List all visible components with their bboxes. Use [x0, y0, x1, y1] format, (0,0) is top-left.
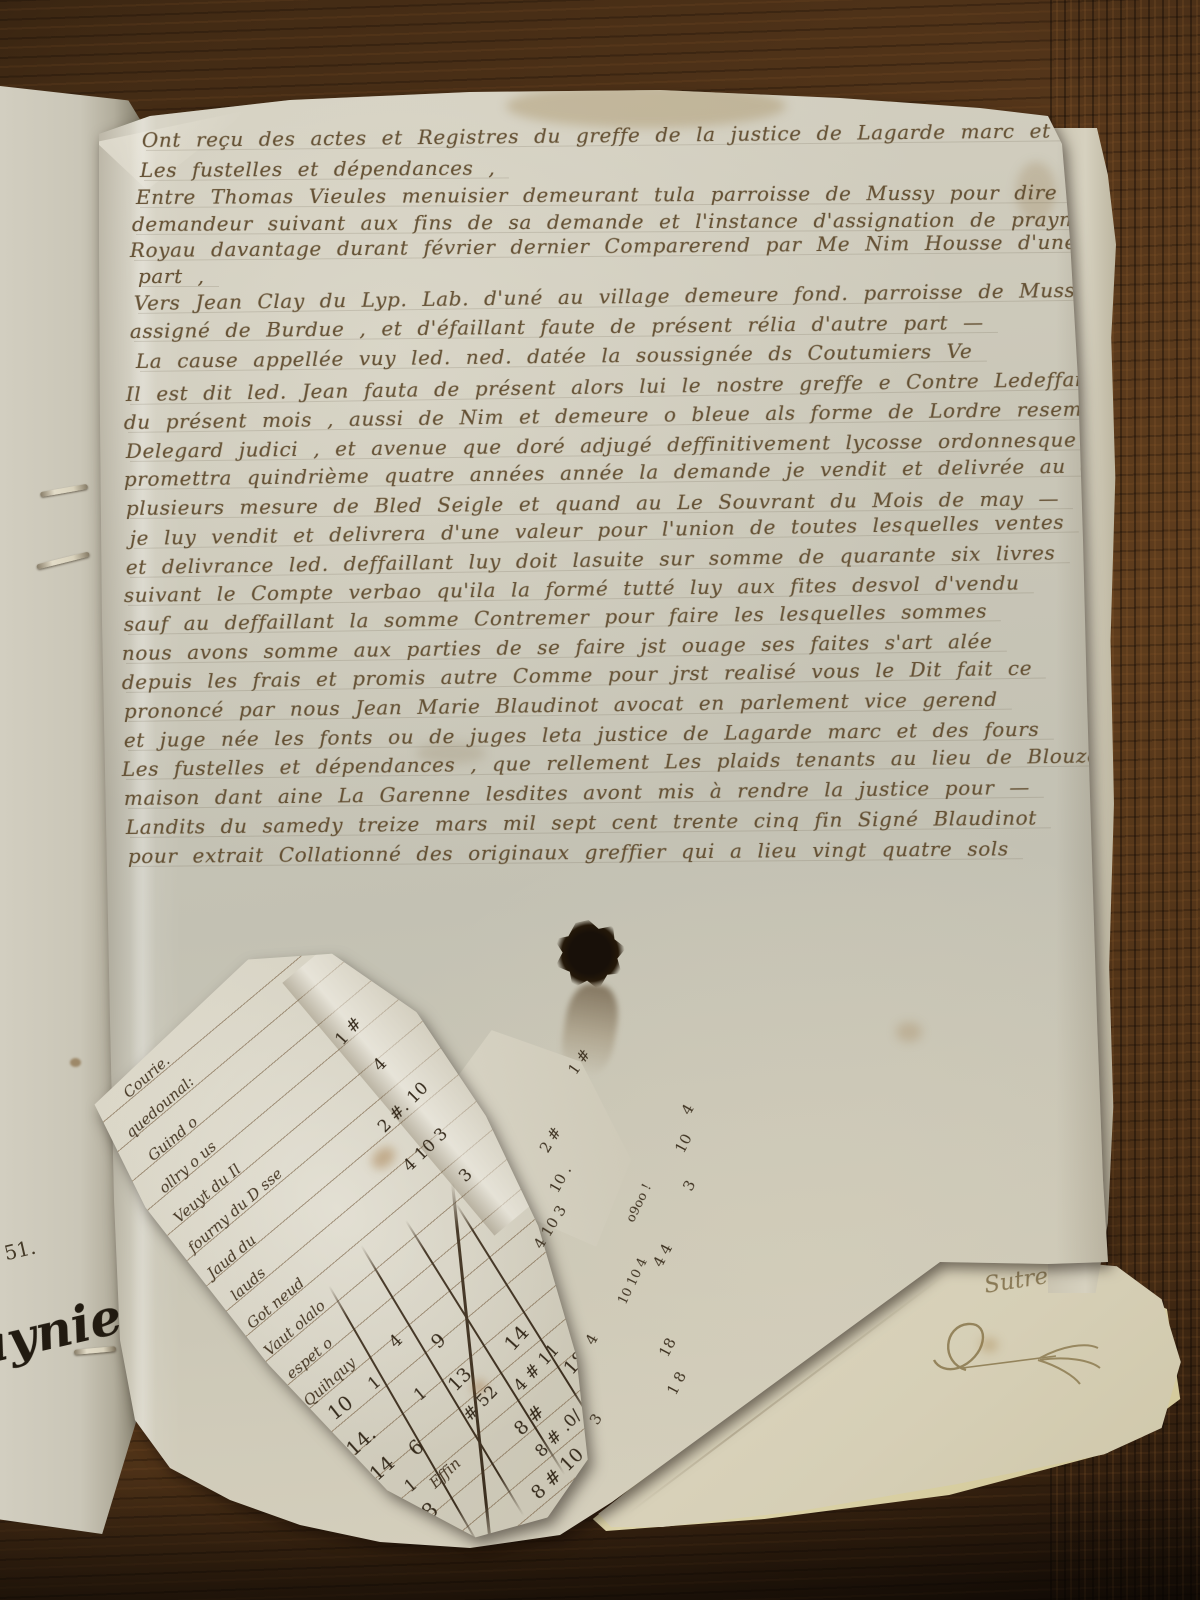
slip-number: 1	[401, 1475, 422, 1497]
edge-number: 4	[581, 1331, 601, 1348]
slip-edge-numbers: 1 #4102 #10 .3o9oo !4 44 10 310 10 44181…	[545, 1030, 755, 1470]
slip-number: 14	[364, 1451, 399, 1486]
table-rule	[328, 1285, 480, 1546]
slip-word: lauds	[227, 1264, 270, 1304]
edge-number: 1 #	[564, 1046, 594, 1078]
manuscript-line: Les fustelles et dépendances ,	[140, 156, 496, 182]
slip-number: 9	[427, 1329, 451, 1353]
slip-number: 6	[403, 1434, 429, 1460]
edge-number: 3	[586, 1410, 606, 1428]
slip-number: 10	[323, 1390, 358, 1425]
edge-number: 1 8	[663, 1368, 690, 1398]
slip-number: 28	[407, 1498, 443, 1534]
edge-number: o9oo !	[624, 1181, 656, 1225]
manuscript-line: Ont reçu des actes et Registres du greff…	[142, 117, 1200, 152]
slip-number: 4	[385, 1330, 407, 1352]
manuscript-line: maison dant aine La Garenne lesdites avo…	[124, 775, 1030, 810]
slip-number: 1	[410, 1383, 431, 1405]
manuscript-line: Landits du samedy treize mars mil sept c…	[126, 805, 1037, 839]
manuscript-line: part ,	[138, 264, 205, 288]
slip-number: 14	[499, 1320, 534, 1355]
manuscript-line: assigné de Burdue , et d'éfaillant faute…	[130, 310, 984, 343]
manuscript-line: La cause appellée vuy led. ned. datée la…	[136, 339, 973, 373]
manuscript-line: pour extrait Collationné des originaux g…	[128, 836, 1009, 868]
manuscript-photo-scene: Sutre 51. aynie Ont reçu des actes et Re…	[0, 0, 1200, 1600]
edge-number: 4	[677, 1101, 697, 1118]
slip-wrap: Courie.quedounal:Guind oollry o usVeuyt …	[220, 935, 560, 1555]
slip-number: 14.	[341, 1422, 381, 1461]
edge-number: 18	[655, 1335, 680, 1360]
manuscript-line: prononcé par nous Jean Marie Blaudinot a…	[124, 687, 998, 723]
edge-number: 10 .	[545, 1162, 575, 1196]
edge-number: 10 10 4	[616, 1256, 651, 1307]
edge-number: 4 4	[649, 1240, 676, 1270]
edge-number: 3	[679, 1177, 699, 1194]
fox-stain	[896, 1022, 922, 1042]
manuscript-line: Entre Thomas Vieules menuisier demeurant…	[136, 180, 1147, 209]
slip-stain	[368, 1143, 399, 1174]
edge-number: 10	[671, 1131, 696, 1156]
